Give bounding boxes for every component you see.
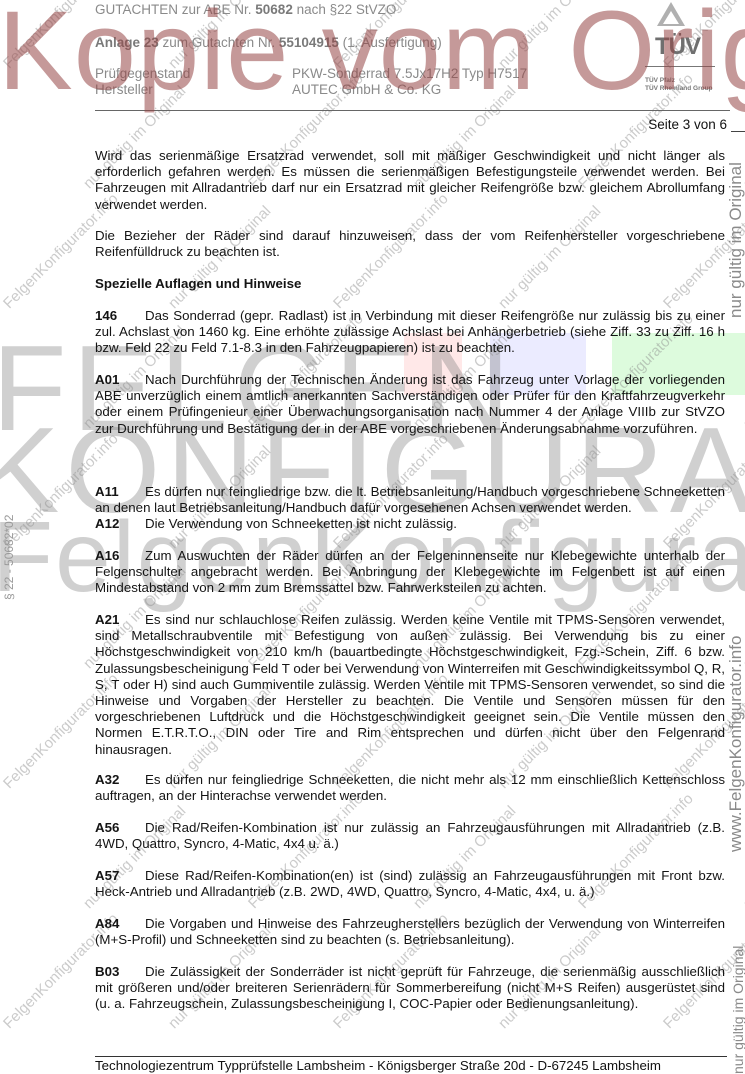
condition-code: B03 — [95, 964, 145, 980]
vertical-note-right-3: nur gültig im Original — [730, 946, 745, 1074]
footer-address: Technologiezentrum Typprüfstelle Lambshe… — [95, 1058, 661, 1073]
hersteller-value: AUTEC GmbH & Co. KG — [292, 82, 441, 98]
condition-code: A12 — [95, 516, 145, 532]
condition-code: A11 — [95, 484, 145, 500]
header-abe-line: GUTACHTEN zur ABE Nr. 50682 nach §22 StV… — [95, 2, 396, 18]
anlage-mid: zum Gutachten Nr. — [159, 35, 279, 50]
condition-8: A57Diese Rad/Reifen-Kombination(en) ist … — [95, 868, 725, 900]
hersteller-label: Hersteller — [95, 82, 153, 98]
condition-9: A84Die Vorgaben und Hinweise des Fahrzeu… — [95, 916, 725, 948]
pruefgegenstand-label: Prüfgegenstand — [95, 66, 190, 82]
diagonal-watermark: nur gültig im Original — [495, 0, 604, 72]
condition-text: Die Zulässigkeit der Sonderräder ist nic… — [95, 964, 725, 1011]
anlage-suffix: (1. Ausfertigung) — [339, 35, 442, 50]
tuv-sub2: TÜV Rheinland Group — [645, 85, 713, 92]
condition-code: A57 — [95, 868, 145, 884]
abe-number: 50682 — [255, 2, 293, 17]
condition-7: A56Die Rad/Reifen-Kombination ist nur zu… — [95, 820, 725, 852]
vertical-reference-left: § 22 - 50682*02 — [2, 515, 16, 600]
condition-code: 146 — [95, 308, 145, 324]
condition-5: A21Es sind nur schlauchlose Reifen zuläs… — [95, 612, 725, 758]
condition-code: A56 — [95, 820, 145, 836]
tuv-brand: TÜV — [655, 33, 700, 61]
condition-3: A12Die Verwendung von Schneeketten ist n… — [95, 516, 725, 532]
intro-paragraph-2: Die Bezieher der Räder sind darauf hinzu… — [95, 228, 725, 260]
condition-text: Das Sonderrad (gepr. Radlast) ist in Ver… — [95, 308, 725, 355]
footer-divider — [95, 1056, 727, 1057]
condition-text: Es sind nur schlauchlose Reifen zulässig… — [95, 612, 725, 757]
section-title: Spezielle Auflagen und Hinweise — [95, 276, 725, 292]
condition-text: Es dürfen nur feingliedrige Schneeketten… — [95, 772, 725, 803]
logo-rule — [645, 66, 715, 67]
condition-code: A21 — [95, 612, 145, 628]
condition-code: A01 — [95, 372, 145, 388]
condition-4: A16Zum Auswuchten der Räder dürfen an de… — [95, 548, 725, 597]
condition-code: A16 — [95, 548, 145, 564]
gutachten-number: 55104915 — [279, 35, 339, 50]
condition-text: Zum Auswuchten der Räder dürfen an der F… — [95, 548, 725, 595]
condition-2: A11Es dürfen nur feingliedrige bzw. die … — [95, 484, 725, 516]
condition-text: Die Vorgaben und Hinweise des Fahrzeughe… — [95, 916, 725, 947]
condition-code: A84 — [95, 916, 145, 932]
condition-1: A01Nach Durchführung der Technischen Änd… — [95, 372, 725, 437]
tuv-logo: TÜV TÜV Pfalz TÜV Rheinland Group — [645, 2, 717, 94]
condition-0: 146Das Sonderrad (gepr. Radlast) ist in … — [95, 308, 725, 357]
page-number: Seite 3 von 6 — [648, 117, 727, 132]
vertical-note-right-1: nur gültig im Original — [726, 162, 745, 318]
condition-10: B03Die Zulässigkeit der Sonderräder ist … — [95, 964, 725, 1013]
pruefgegenstand-value: PKW-Sonderrad 7.5Jx17H2 Typ H7517 — [292, 66, 527, 82]
tuv-triangle-inner — [663, 11, 679, 24]
anlage-label: Anlage 23 — [95, 35, 159, 50]
vertical-note-right-2: www.FelgenKonfigurator.info — [726, 636, 745, 852]
page-tick — [731, 131, 745, 132]
abe-prefix: GUTACHTEN zur ABE Nr. — [95, 2, 255, 17]
header-anlage-line: Anlage 23 zum Gutachten Nr. 55104915 (1.… — [95, 35, 442, 51]
header-divider — [95, 110, 730, 111]
intro-paragraph-1: Wird das serienmäßige Ersatzrad verwende… — [95, 148, 725, 213]
condition-text: Die Rad/Reifen-Kombination ist nur zuläs… — [95, 820, 725, 851]
abe-suffix: nach §22 StVZO — [293, 2, 397, 17]
condition-code: A32 — [95, 772, 145, 788]
condition-text: Es dürfen nur feingliedrige bzw. die lt.… — [95, 484, 725, 515]
condition-6: A32Es dürfen nur feingliedrige Schneeket… — [95, 772, 725, 804]
condition-text: Nach Durchführung der Technischen Änderu… — [95, 372, 725, 436]
tuv-sub1: TÜV Pfalz — [645, 77, 675, 84]
condition-text: Diese Rad/Reifen-Kombination(en) ist (si… — [95, 868, 725, 899]
condition-text: Die Verwendung von Schneeketten ist nich… — [145, 516, 457, 531]
